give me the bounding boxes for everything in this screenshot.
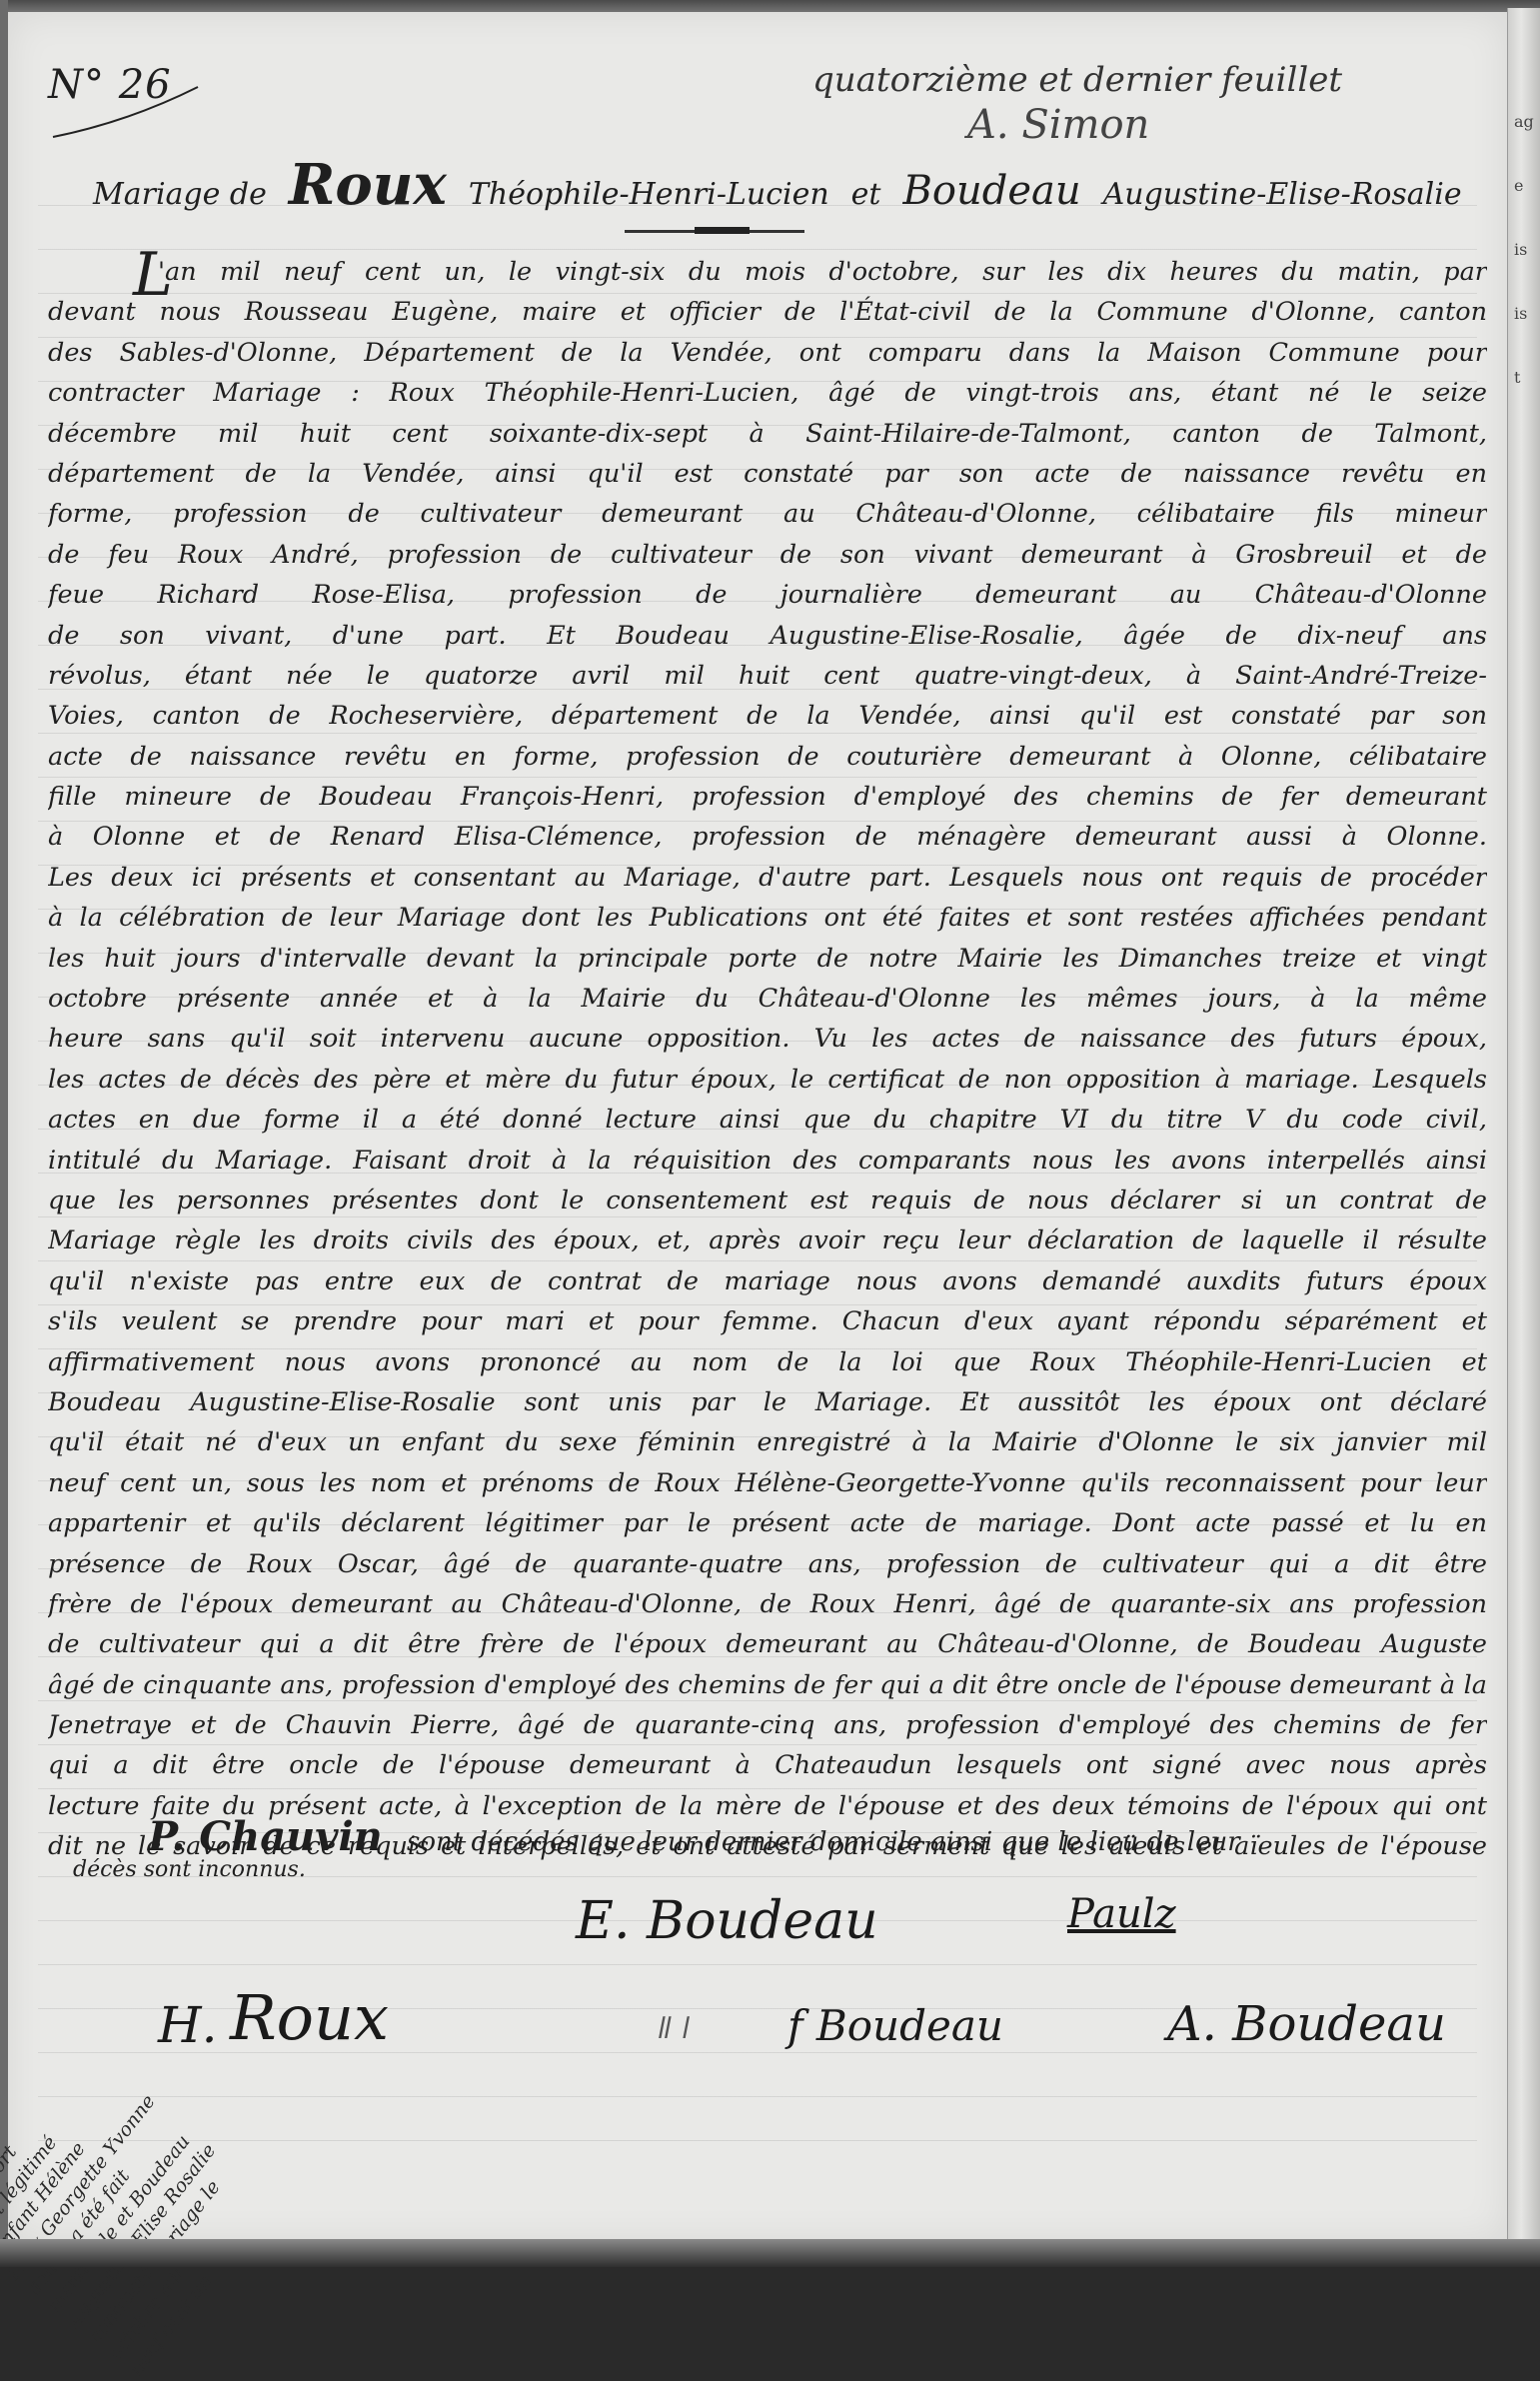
body-line: actes en due forme il a été donné lectur…: [48, 1100, 1487, 1140]
body-line: Mariage règle les droits civils des épou…: [48, 1220, 1487, 1260]
body-line: frère de l'époux demeurant au Château-d'…: [48, 1584, 1487, 1624]
closing-text: sont décédés que leur dernier domicile a…: [407, 1827, 1240, 1857]
facing-page-fragment: t: [1514, 346, 1538, 410]
body-line: département de la Vendée, ainsi qu'il es…: [48, 454, 1487, 494]
signature-marks: ǁ ǀ: [658, 2011, 691, 2046]
signature-mayor: Paulz: [1067, 1891, 1176, 1937]
body-line: présence de Roux Oscar, âgé de quarante-…: [48, 1544, 1487, 1584]
body-line: Boudeau Augustine-Elise-Rosalie sont uni…: [48, 1382, 1487, 1422]
closing-line: P. Chauvin sont décédés que leur dernier…: [148, 1813, 1240, 1860]
signature-f-boudeau: f Boudeau: [787, 2001, 1003, 2050]
folio-note: quatorzième et dernier feuillet: [812, 60, 1342, 100]
body-line: Les deux ici présents et consentant au M…: [48, 858, 1487, 898]
body-line: Voies, canton de Rocheservière, départem…: [48, 696, 1487, 736]
bride-surname: Boudeau: [902, 168, 1080, 214]
body-line: acte de naissance revêtu en forme, profe…: [48, 737, 1487, 777]
groom-surname: Roux: [289, 152, 447, 218]
scan-bottom-edge: [0, 2239, 1540, 2267]
facing-page-fragment: e: [1514, 154, 1538, 218]
signature-e-boudeau: E. Boudeau: [576, 1891, 878, 1951]
body-line: décembre mil huit cent soixante-dix-sept…: [48, 414, 1487, 454]
book-binding-edge: [0, 0, 8, 2267]
body-line: les actes de décès des père et mère du f…: [48, 1060, 1487, 1100]
register-page: N° 26 quatorzième et dernier feuillet A.…: [8, 12, 1507, 2243]
body-line: de son vivant, d'une part. Et Boudeau Au…: [48, 616, 1487, 656]
body-line: de cultivateur qui a dit être frère de l…: [48, 1624, 1487, 1664]
body-line: qu'il était né d'eux un enfant du sexe f…: [48, 1422, 1487, 1462]
body-line: forme, profession de cultivateur demeura…: [48, 494, 1487, 534]
body-line: Jenetraye et de Chauvin Pierre, âgé de q…: [48, 1705, 1487, 1745]
facing-page-fragment: is: [1514, 282, 1538, 346]
body-line: les huit jours d'intervalle devant la pr…: [48, 939, 1487, 979]
title-divider-accent: [695, 227, 750, 234]
body-line: neuf cent un, sous les nom et prénoms de…: [48, 1463, 1487, 1503]
body-line: à la célébration de leur Mariage dont le…: [48, 898, 1487, 938]
bride-given-names: Augustine-Elise-Rosalie: [1103, 177, 1462, 212]
title-connector: et: [851, 177, 881, 212]
folio-paraph-signature: A. Simon: [967, 102, 1149, 148]
facing-page-fragments: ageisist: [1514, 90, 1538, 410]
record-body: 'an mil neuf cent un, le vingt-six du mo…: [48, 252, 1487, 1867]
body-line: que les personnes présentes dont le cons…: [48, 1181, 1487, 1220]
body-line: qui a dit être oncle de l'épouse demeura…: [48, 1745, 1487, 1785]
signature-roux: Roux: [230, 1981, 389, 2054]
body-line: heure sans qu'il soit intervenu aucune o…: [48, 1019, 1487, 1059]
record-number-underline-icon: [48, 82, 208, 142]
body-line: contracter Mariage : Roux Théophile-Henr…: [48, 373, 1487, 413]
groom-given-names: Théophile-Henri-Lucien: [469, 177, 829, 212]
body-line: intitulé du Mariage. Faisant droit à la …: [48, 1141, 1487, 1181]
signature-a-boudeau: A. Boudeau: [1167, 1996, 1446, 2052]
body-line: feue Richard Rose-Elisa, profession de j…: [48, 575, 1487, 615]
body-line: octobre présente année et à la Mairie du…: [48, 979, 1487, 1019]
signature-p-chauvin: P. Chauvin: [148, 1813, 383, 1860]
body-line: 'an mil neuf cent un, le vingt-six du mo…: [48, 252, 1487, 292]
closing-line-2: décès sont inconnus.: [73, 1857, 306, 1882]
scanned-page-frame: N° 26 quatorzième et dernier feuillet A.…: [0, 0, 1540, 2267]
body-line: appartenir et qu'ils déclarent légitimer…: [48, 1503, 1487, 1543]
body-line: affirmativement nous avons prononcé au n…: [48, 1342, 1487, 1382]
body-line: à Olonne et de Renard Elisa-Clémence, pr…: [48, 817, 1487, 857]
facing-page-fragment: ag: [1514, 90, 1538, 154]
body-line: des Sables-d'Olonne, Département de la V…: [48, 333, 1487, 373]
signature-initial-h: H.: [158, 1996, 218, 2054]
title-prefix: Mariage de: [93, 177, 267, 212]
body-line: fille mineure de Boudeau François-Henri,…: [48, 777, 1487, 817]
body-line: devant nous Rousseau Eugène, maire et of…: [48, 292, 1487, 332]
body-line: révolus, étant née le quatorze avril mil…: [48, 656, 1487, 696]
body-line: âgé de cinquante ans, profession d'emplo…: [48, 1665, 1487, 1705]
body-line: de feu Roux André, profession de cultiva…: [48, 535, 1487, 575]
record-title: Mariage de Roux Théophile-Henri-Lucien e…: [93, 152, 1512, 222]
body-line: qu'il n'existe pas entre eux de contrat …: [48, 1261, 1487, 1301]
body-line: s'ils veulent se prendre pour mari et po…: [48, 1301, 1487, 1341]
facing-page-fragment: is: [1514, 218, 1538, 282]
